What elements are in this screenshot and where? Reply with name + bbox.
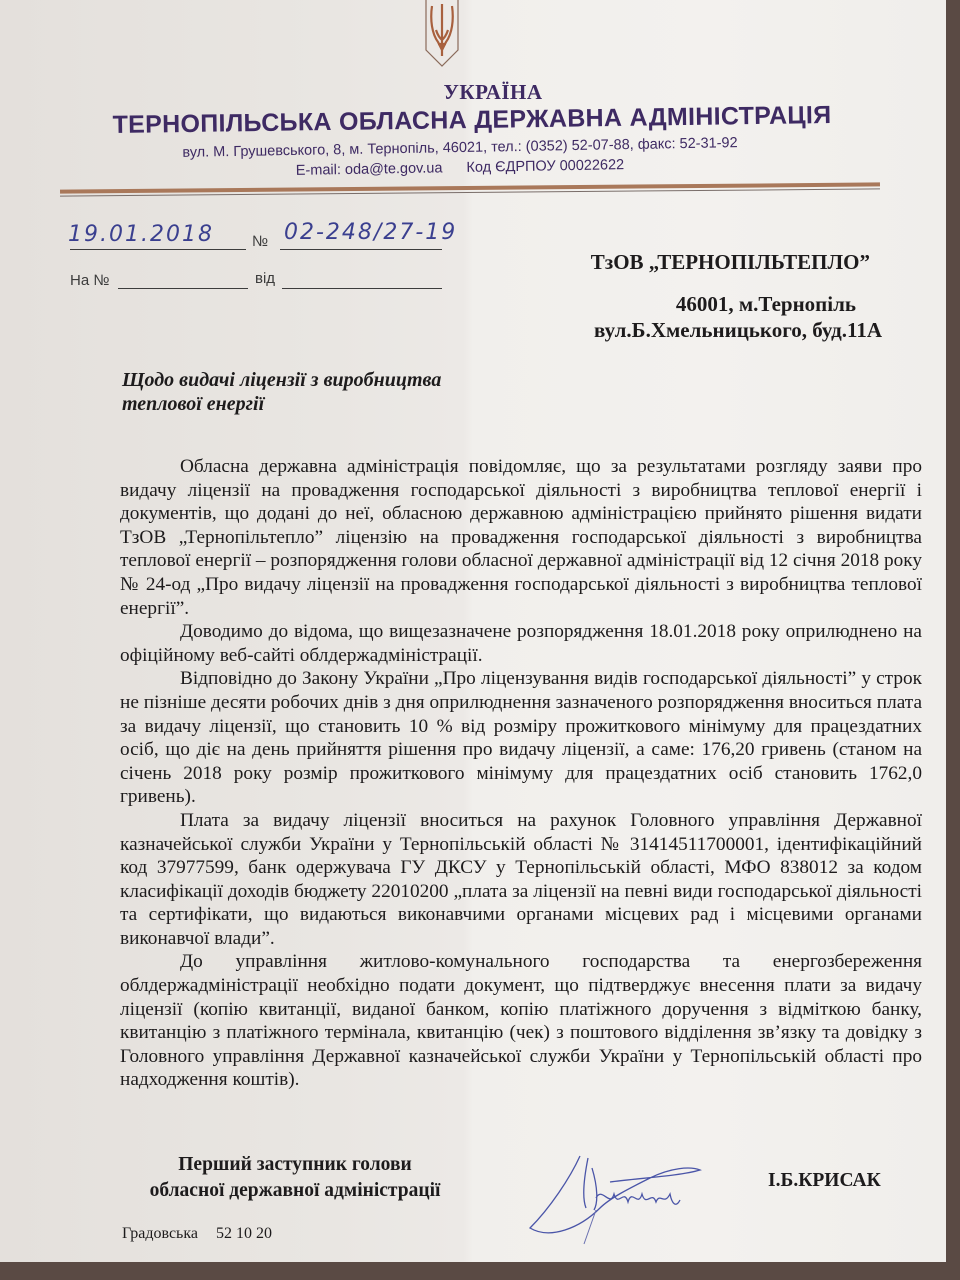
from-label: від [255, 270, 275, 287]
recipient-city: 46001, м.Тернопіль [676, 292, 856, 317]
reply-to-label: На № [70, 272, 109, 289]
handwritten-signature-icon [510, 1148, 750, 1248]
signatory-name: І.Б.КРИСАК [768, 1170, 881, 1192]
body-paragraph: До управління житлово-комунального госпо… [120, 950, 922, 1092]
body-paragraph: Плата за видачу ліцензії вноситься на ра… [120, 809, 922, 951]
registration-date: 19.01.2018 [68, 222, 214, 247]
executor-info: Градовська 52 10 20 [122, 1225, 272, 1243]
body-paragraph: Відповідно до Закону України „Про ліценз… [120, 667, 922, 809]
letterhead-email: E-mail: oda@te.gov.ua [296, 160, 443, 179]
reply-date-underline [282, 288, 442, 289]
body-paragraph: Доводимо до відома, що вищезазначене роз… [120, 620, 922, 667]
number-label: № [252, 233, 268, 250]
signatory-title-line1: Перший заступник голови [120, 1152, 470, 1178]
letter-page: УКРАЇНА ТЕРНОПІЛЬСЬКА ОБЛАСНА ДЕРЖАВНА А… [0, 0, 946, 1262]
letter-body: Обласна державна адміністрація повідомля… [120, 455, 922, 1092]
reply-number-underline [118, 288, 248, 289]
letter-subject: Щодо видачі ліцензії з виробництва тепло… [122, 368, 442, 416]
recipient-name: ТзОВ „ТЕРНОПІЛЬТЕПЛО” [591, 250, 870, 275]
signatory-title: Перший заступник голови обласної державн… [120, 1152, 470, 1204]
registration-number: 02-248/27-19 [284, 220, 457, 245]
recipient-street: вул.Б.Хмельницького, буд.11А [594, 318, 882, 343]
date-underline [70, 249, 246, 250]
executor-phone: 52 10 20 [216, 1225, 272, 1242]
body-paragraph: Обласна державна адміністрація повідомля… [120, 455, 922, 620]
letterhead-organization: ТЕРНОПІЛЬСЬКА ОБЛАСНА ДЕРЖАВНА АДМІНІСТР… [112, 101, 832, 140]
signatory-title-line2: обласної державної адміністрації [120, 1178, 470, 1204]
executor-name: Градовська [122, 1225, 198, 1242]
number-underline [280, 249, 442, 250]
trident-crest-icon [424, 0, 460, 68]
letterhead-edrpou: Код ЄДРПОУ 00022622 [466, 157, 624, 176]
